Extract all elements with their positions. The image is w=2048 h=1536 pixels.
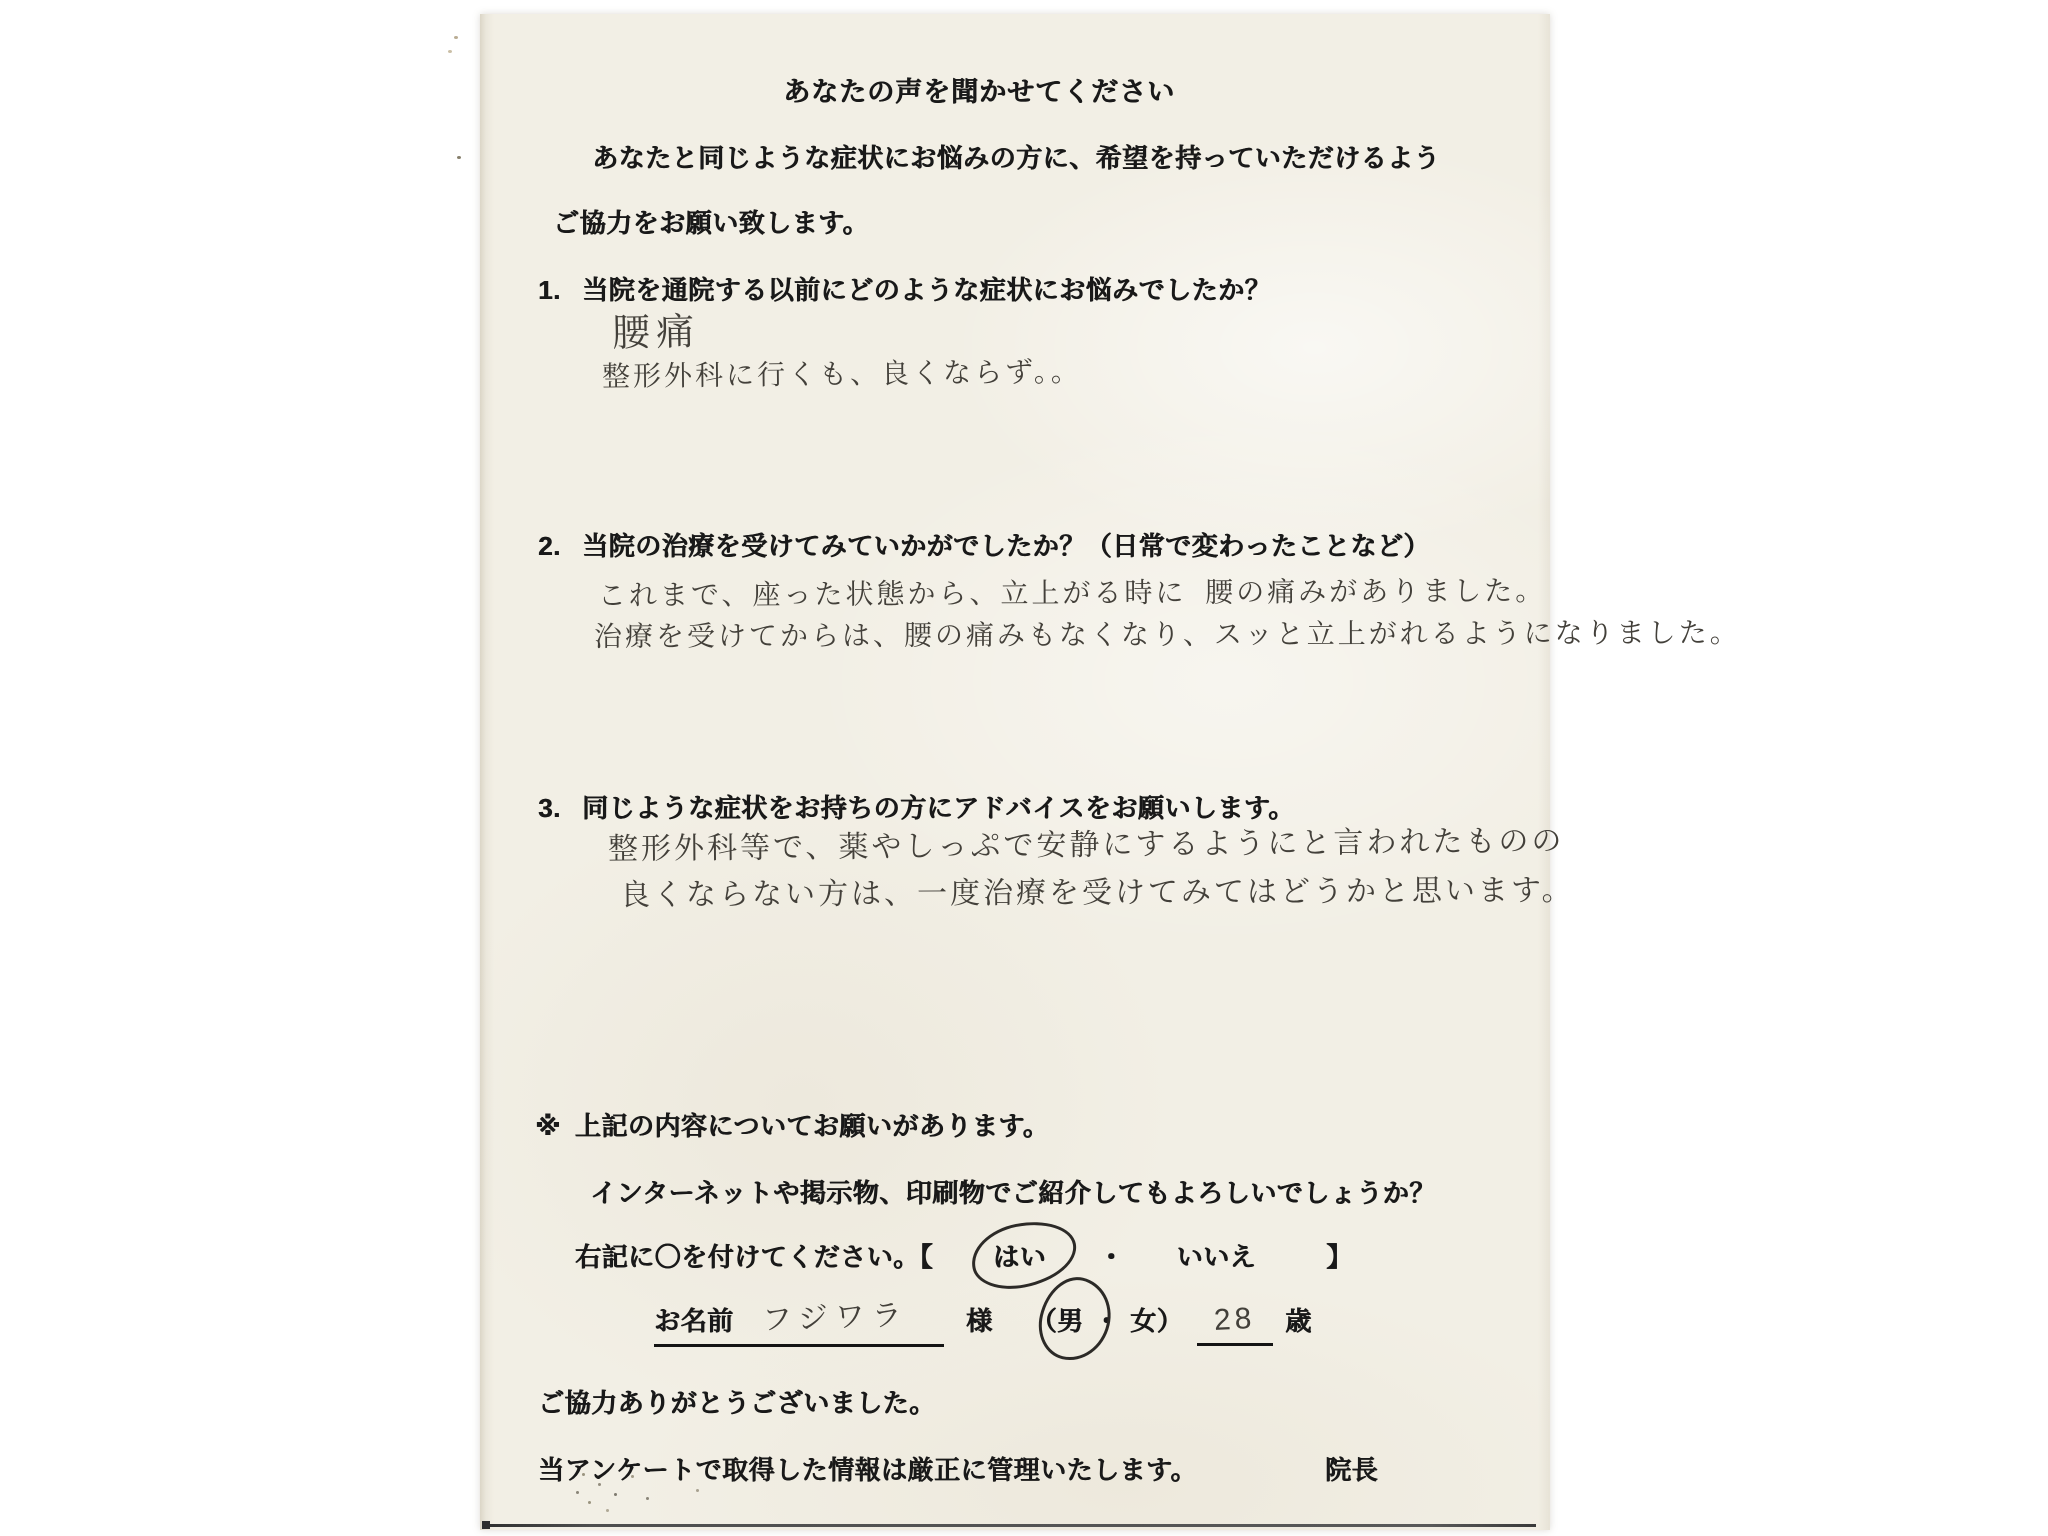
name-label: お名前: [654, 1301, 734, 1338]
question-1-number: 1.: [538, 275, 582, 306]
scan-speckles: [576, 1491, 579, 1494]
question-2-text: 当院の治療を受けてみていかがでしたか？（日常で変わったことなど）: [582, 531, 1430, 561]
director-label: 院長: [1325, 1450, 1378, 1487]
question-2-number: 2.: [538, 531, 582, 562]
gender-female: 女: [1130, 1301, 1157, 1338]
page-title: あなたの声を聞かせてください: [783, 70, 1175, 109]
consent-bracket-close: 】: [1326, 1237, 1353, 1274]
consent-question: インターネットや掲示物、印刷物でご紹介してもよろしいでしょうか？: [590, 1173, 1436, 1210]
intro-line-2: ご協力をお願い致します。: [553, 203, 869, 240]
scan-corner-specks: [454, 36, 458, 39]
honorific-label: 様: [966, 1301, 993, 1338]
consent-option-yes: はい: [993, 1242, 1046, 1272]
name-underline: お名前 フジワラ: [654, 1295, 944, 1347]
answer-2-line-1: これまで、座った状態から、立上がる時に 腰の痛みがありました。: [598, 569, 1546, 614]
privacy-line: 当アンケートで取得した情報は厳正に管理いたします。: [538, 1450, 1197, 1487]
consent-choice-row: 右記に〇を付けてください。【 はい ・ いいえ 】: [575, 1237, 1353, 1274]
answer-2-line-2: 治療を受けてからは、腰の痛みもなくなり、スッと立上がれるようになりました。: [594, 611, 1741, 655]
consent-instruction: 右記に〇を付けてください。【: [575, 1237, 933, 1274]
consent-note-text: 上記の内容についてお願いがあります。: [575, 1111, 1049, 1141]
gender-paren-open: （: [1031, 1301, 1058, 1338]
answer-1-line-2: 整形外科に行くも、良くならず。。: [602, 350, 1082, 395]
consent-separator: ・: [1098, 1237, 1125, 1274]
age-underline: 28: [1197, 1304, 1273, 1346]
signature-row: お名前 フジワラ 様 （ 男 ・ 女 ） 28 歳: [654, 1295, 1312, 1347]
survey-paper: あなたの声を聞かせてください あなたと同じような症状にお悩みの方に、希望を持って…: [480, 14, 1550, 1530]
consent-option-no: いいえ: [1177, 1237, 1257, 1274]
gender-paren-close: ）: [1157, 1301, 1184, 1338]
age-value: 28: [1214, 1302, 1257, 1338]
question-3-number: 3.: [538, 793, 582, 824]
answer-1-line-1: 腰痛: [611, 300, 700, 357]
gender-separator: ・: [1094, 1301, 1121, 1338]
age-suffix: 歳: [1285, 1301, 1312, 1338]
scan-edge-dot: [482, 1521, 490, 1529]
note-marker: ※: [535, 1111, 561, 1141]
gender-male-wrap: 男: [1057, 1301, 1084, 1338]
scan-bottom-edge: [486, 1524, 1536, 1527]
thanks-line: ご協力ありがとうございました。: [538, 1383, 936, 1420]
name-value: フジワラ: [761, 1290, 909, 1339]
question-2: 2.当院の治療を受けてみていかがでしたか？（日常で変わったことなど）: [538, 526, 1430, 563]
answer-3-line-2: 良くならない方は、一度治療を受けてみてはどうかと思います。: [620, 865, 1575, 914]
consent-option-yes-wrap: はい: [993, 1237, 1046, 1274]
consent-note: ※上記の内容についてお願いがあります。: [535, 1106, 1049, 1143]
intro-line-1: あなたと同じような症状にお悩みの方に、希望を持っていただけるよう: [592, 138, 1440, 175]
gender-male: 男: [1057, 1306, 1084, 1336]
answer-3-line-1: 整形外科等で、薬やしっぷで安静にするようにと言われたものの: [608, 816, 1565, 868]
